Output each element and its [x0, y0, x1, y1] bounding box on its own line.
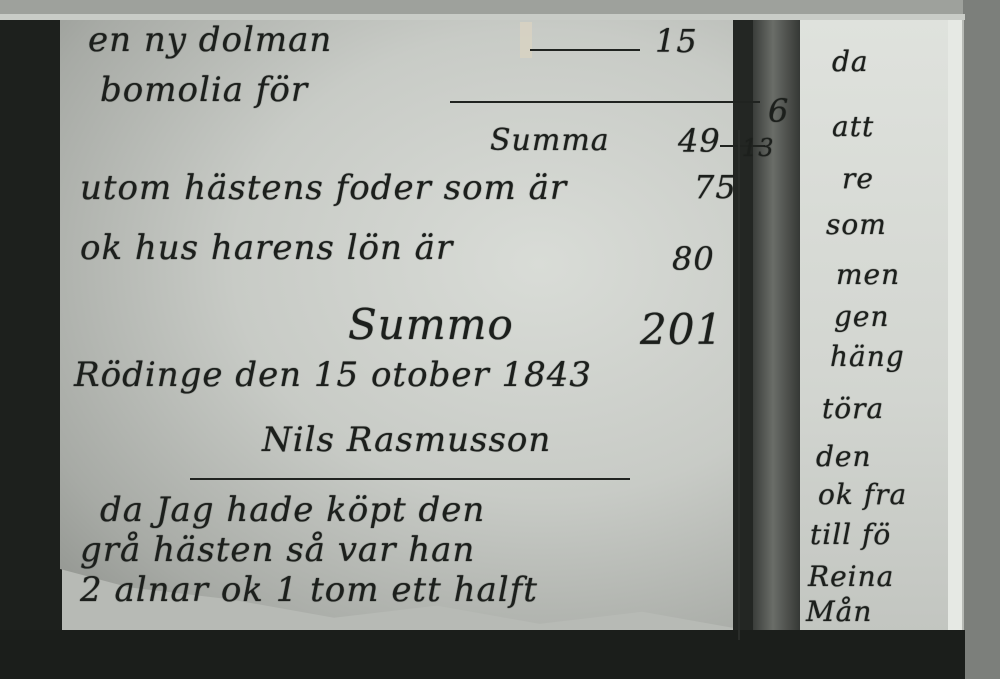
amount-bomolia: 6: [768, 92, 789, 130]
rule-line: [530, 49, 640, 51]
note-line-2: grå hästen så var han: [80, 530, 475, 570]
facing-line-2: att: [832, 110, 874, 143]
facing-line-1: da: [832, 45, 869, 78]
book-gutter: [733, 20, 753, 660]
left-shadow: [0, 18, 62, 679]
note-line-3: 2 alnar ok 1 tom ett halft: [80, 570, 538, 610]
facing-line-10: ok fra: [818, 478, 907, 511]
note-line-1: da Jag hade köpt den: [100, 490, 485, 530]
facing-line-7: häng: [830, 340, 905, 373]
line-hastens-foder: utom hästens foder som är: [80, 168, 567, 208]
facing-line-11: till fö: [810, 518, 891, 551]
column-line: [738, 130, 740, 640]
facing-line-13: Mån: [806, 595, 872, 628]
amount-dolman: 15: [655, 22, 698, 60]
line-bomolia: bomolia för: [100, 70, 308, 110]
amount-summa: 49: [678, 122, 721, 160]
amount-harens-lon: 80: [672, 240, 715, 278]
line-summa: Summa: [490, 123, 610, 158]
amount-summo: 201: [640, 305, 723, 354]
facing-line-5: men: [836, 258, 900, 291]
rule-line: [450, 101, 760, 103]
line-dolman: en ny dolman: [88, 20, 332, 60]
facing-line-6: gen: [834, 300, 890, 333]
facing-line-3: re: [842, 162, 874, 195]
date-line: Rödinge den 15 otober 1843: [74, 355, 592, 395]
line-harens-lon: ok hus harens lön är: [80, 228, 453, 268]
right-margin: [963, 0, 1000, 679]
rule-line: [190, 478, 630, 480]
line-summo: Summo: [348, 300, 514, 349]
amount-summa-sub: 13: [742, 134, 775, 162]
facing-line-4: som: [826, 208, 887, 241]
facing-page-edge: [948, 20, 962, 660]
facing-line-8: töra: [822, 392, 884, 425]
top-strip: [0, 0, 1000, 14]
signature: Nils Rasmusson: [262, 420, 551, 460]
amount-hastens-foder: 75: [694, 168, 737, 206]
tape-mark: [520, 22, 532, 58]
bottom-shadow: [0, 630, 965, 679]
facing-line-9: den: [816, 440, 872, 473]
facing-line-12: Reina: [808, 560, 894, 593]
